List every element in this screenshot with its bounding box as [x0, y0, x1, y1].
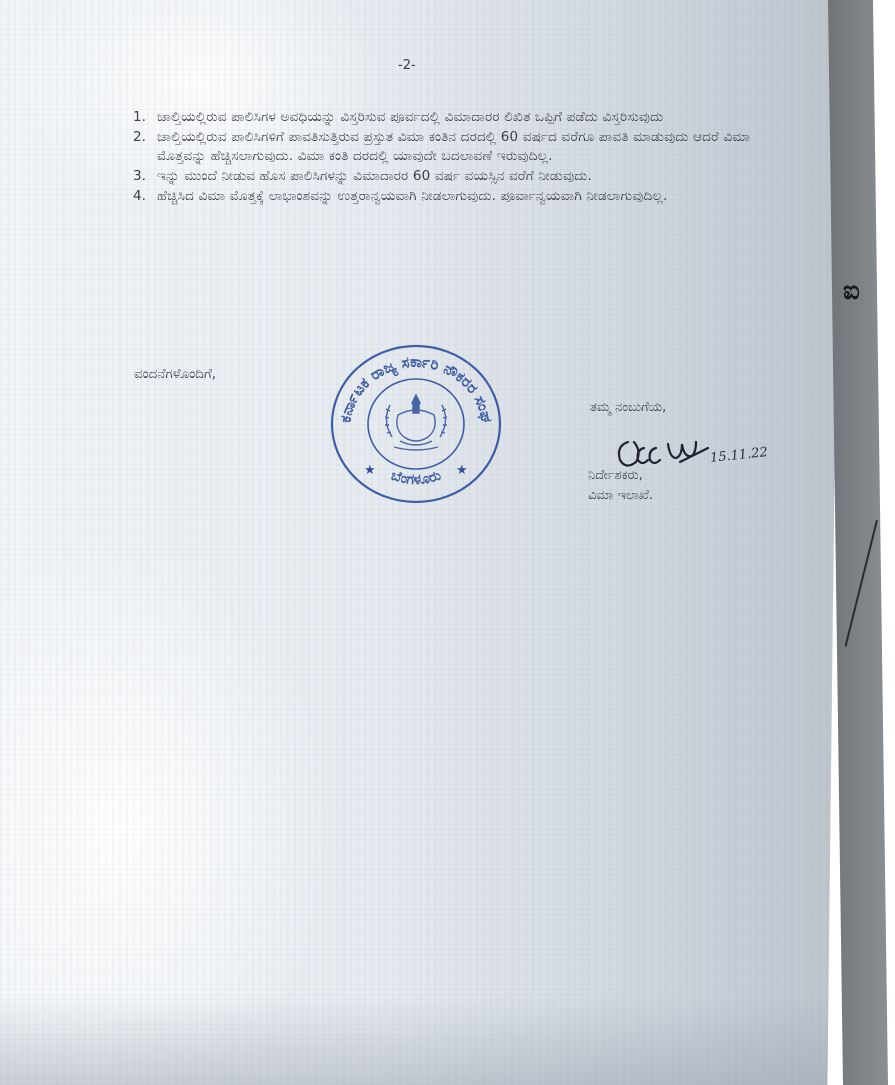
point-number: 2. [133, 128, 157, 166]
department: ವಿಮಾ ಇಲಾಖೆ. [588, 488, 653, 503]
point-number: 4. [133, 187, 157, 206]
official-seal: ಕರ್ನಾಟಕ ರಾಜ್ಯ ಸರ್ಕಾರಿ ನೌಕರರ ಸಂಘ ಬೆಂಗಳೂರು… [328, 343, 504, 505]
svg-text:ಬೆಂಗಳೂರು: ಬೆಂಗಳೂರು [389, 467, 443, 488]
point-text: ಹೆಚ್ಚಿಸಿದ ವಿಮಾ ಮೊತ್ತಕ್ಕೆ ಲಾಭಾಂಶವನ್ನು ಉತ್… [157, 187, 753, 206]
salutation: ವಂದನೆಗಳೊಂದಿಗೆ, [134, 366, 216, 382]
points-list: 1. ಚಾಲ್ತಿಯಲ್ಲಿರುವ ಪಾಲಿಸಿಗಳ ಅವಧಿಯನ್ನು ವಿಸ… [133, 108, 753, 207]
star-icon: ★ [456, 463, 468, 478]
closing-text: ತಮ್ಮ ನಂಬುಗೆಯ, [590, 400, 666, 415]
seal-bottom-text: ಬೆಂಗಳೂರು [389, 467, 443, 488]
list-item: 1. ಚಾಲ್ತಿಯಲ್ಲಿರುವ ಪಾಲಿಸಿಗಳ ಅವಧಿಯನ್ನು ವಿಸ… [133, 108, 753, 127]
seal-graphic: ಕರ್ನಾಟಕ ರಾಜ್ಯ ಸರ್ಕಾರಿ ನೌಕರರ ಸಂಘ ಬೆಂಗಳೂರು… [328, 343, 504, 505]
point-text: ಚಾಲ್ತಿಯಲ್ಲಿರುವ ಪಾಲಿಸಿಗಳ ಅವಧಿಯನ್ನು ವಿಸ್ತರ… [157, 108, 753, 127]
list-item: 2. ಚಾಲ್ತಿಯಲ್ಲಿರುವ ಪಾಲಿಸಿಗಳಿಗೆ ಪಾವತಿಸುತ್ತ… [133, 128, 753, 166]
point-text: ಚಾಲ್ತಿಯಲ್ಲಿರುವ ಪಾಲಿಸಿಗಳಿಗೆ ಪಾವತಿಸುತ್ತಿರು… [157, 128, 753, 166]
point-number: 3. [133, 167, 157, 186]
list-item: 4. ಹೆಚ್ಚಿಸಿದ ವಿಮಾ ಮೊತ್ತಕ್ಕೆ ಲಾಭಾಂಶವನ್ನು … [133, 187, 753, 206]
underlying-page-edge [828, 0, 888, 1085]
handwritten-signature [610, 432, 800, 472]
state-emblem-icon [385, 395, 447, 450]
list-item: 3. ಇನ್ನು ಮುಂದೆ ನೀಡುವ ಹೊಸ ಪಾಲಿಸಿಗಳನ್ನು ವಿ… [133, 167, 753, 186]
point-text: ಇನ್ನು ಮುಂದೆ ನೀಡುವ ಹೊಸ ಪಾಲಿಸಿಗಳನ್ನು ವಿಮಾದ… [157, 167, 753, 186]
point-number: 1. [133, 108, 157, 127]
page-number: -2- [398, 58, 416, 73]
edge-text-fragment: ಐ [843, 276, 860, 307]
star-icon: ★ [364, 463, 376, 478]
designation: ನಿರ್ದೇಶಕರು, [588, 468, 643, 483]
